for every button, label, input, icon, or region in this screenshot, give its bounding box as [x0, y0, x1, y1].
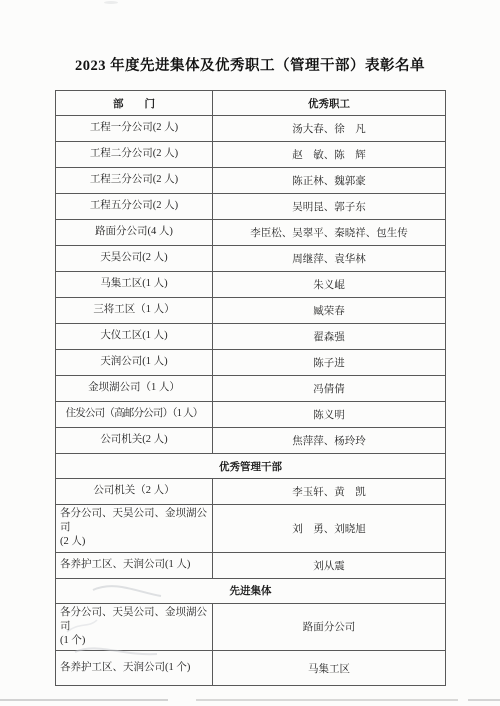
dept-cell: 各养护工区、天润公司(1 个) [56, 651, 213, 686]
dept-column-header: 部 门 [56, 91, 213, 116]
dept-cell: 各养护工区、天润公司(1 人) [56, 552, 213, 578]
dept-cell: 各分公司、天昊公司、金坝湖公司 (2 人) [56, 505, 213, 553]
dept-cell: 工程三分公司(2 人) [56, 168, 213, 194]
page-title: 2023 年度先进集体及优秀职工（管理干部）表彰名单 [0, 54, 500, 75]
table-row: 大仪工区(1 人)翟森强 [56, 324, 446, 350]
table-row: 工程三分公司(2 人)陈正林、魏郭豪 [56, 168, 446, 194]
section-title-row: 优秀管理干部 [56, 454, 446, 479]
names-cell: 臧荣春 [213, 298, 446, 324]
table-row: 马集工区(1 人)朱义崐 [56, 272, 446, 298]
section-title-cell: 优秀管理干部 [56, 454, 446, 479]
table-row: 各分公司、天昊公司、金坝湖公司 (2 人)刘 勇、刘晓旭 [56, 505, 446, 553]
names-cell: 刘从震 [213, 552, 446, 578]
names-cell: 李玉轩、黄 凯 [213, 479, 446, 505]
table-row: 金坝湖公司（1 人）冯倩倩 [56, 376, 446, 402]
names-cell: 李臣松、吴翠平、秦晓祥、包生传 [213, 220, 446, 246]
names-cell: 焦萍萍、杨玲玲 [213, 428, 446, 454]
table-row: 三将工区（1 人）臧荣春 [56, 298, 446, 324]
names-cell: 陈正林、魏郭豪 [213, 168, 446, 194]
names-cell: 汤大春、徐 凡 [213, 116, 446, 142]
table-row: 各养护工区、天润公司(1 人)刘从震 [56, 552, 446, 578]
table-row: 各养护工区、天润公司(1 个)马集工区 [56, 651, 446, 686]
names-cell: 朱义崐 [213, 272, 446, 298]
table-row: 各分公司、天昊公司、金坝湖公司 (1 个)路面分公司 [56, 603, 446, 651]
names-cell: 陈子进 [213, 350, 446, 376]
names-cell: 翟森强 [213, 324, 446, 350]
table-row: 公司机关（2 人）李玉轩、黄 凯 [56, 479, 446, 505]
table-row: 工程二分公司(2 人)赵 敏、陈 辉 [56, 142, 446, 168]
dept-cell: 工程二分公司(2 人) [56, 142, 213, 168]
names-cell: 刘 勇、刘晓旭 [213, 505, 446, 553]
names-cell: 路面分公司 [213, 603, 446, 651]
dept-cell: 各分公司、天昊公司、金坝湖公司 (1 个) [56, 603, 213, 651]
table-row: 天昊公司(2 人)周继萍、袁华林 [56, 246, 446, 272]
dept-cell: 住发公司（高邮分公司）（1 人） [56, 402, 213, 428]
section-title-cell: 先进集体 [56, 578, 446, 603]
scan-smudge-artifact [104, 1, 118, 4]
dept-cell: 天润公司(1 人) [56, 350, 213, 376]
dept-cell: 马集工区(1 人) [56, 272, 213, 298]
table-row: 工程五分公司(2 人)吴明昆、郭子东 [56, 194, 446, 220]
dept-cell: 工程一分公司(2 人) [56, 116, 213, 142]
dept-cell: 工程五分公司(2 人) [56, 194, 213, 220]
outstanding-staff-column-header: 优秀职工 [213, 91, 446, 116]
table-row: 工程一分公司(2 人)汤大春、徐 凡 [56, 116, 446, 142]
table-row: 住发公司（高邮分公司）（1 人）陈义明 [56, 402, 446, 428]
dept-cell: 公司机关（2 人） [56, 479, 213, 505]
names-cell: 陈义明 [213, 402, 446, 428]
names-cell: 吴明昆、郭子东 [213, 194, 446, 220]
scan-edge-artifact [0, 699, 500, 701]
dept-cell: 大仪工区(1 人) [56, 324, 213, 350]
table-row: 公司机关(2 人)焦萍萍、杨玲玲 [56, 428, 446, 454]
dept-cell: 天昊公司(2 人) [56, 246, 213, 272]
names-cell: 周继萍、袁华林 [213, 246, 446, 272]
dept-cell: 金坝湖公司（1 人） [56, 376, 213, 402]
names-cell: 冯倩倩 [213, 376, 446, 402]
table-row: 天润公司(1 人)陈子进 [56, 350, 446, 376]
table-row: 路面分公司(4 人)李臣松、吴翠平、秦晓祥、包生传 [56, 220, 446, 246]
commendation-table: 部 门 优秀职工 工程一分公司(2 人)汤大春、徐 凡工程二分公司(2 人)赵 … [55, 90, 446, 686]
names-cell: 赵 敏、陈 辉 [213, 142, 446, 168]
table-header-row: 部 门 优秀职工 [56, 91, 446, 116]
names-cell: 马集工区 [213, 651, 446, 686]
dept-cell: 三将工区（1 人） [56, 298, 213, 324]
dept-cell: 公司机关(2 人) [56, 428, 213, 454]
dept-cell: 路面分公司(4 人) [56, 220, 213, 246]
section-title-row: 先进集体 [56, 578, 446, 603]
